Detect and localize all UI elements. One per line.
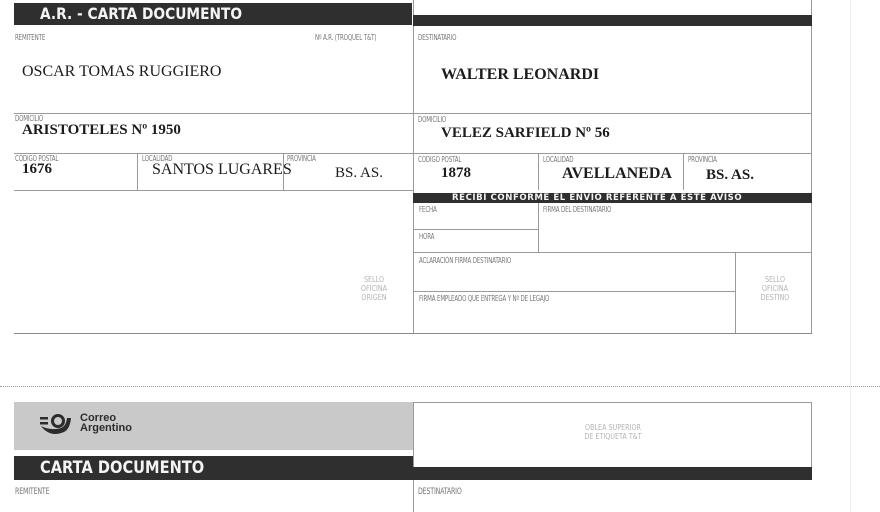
recipient-postal-code[interactable]: 1878 xyxy=(441,165,471,182)
page-edge xyxy=(850,0,851,512)
stamp-line: OFICINA xyxy=(350,284,398,293)
recipient-bar xyxy=(413,15,812,26)
stamp-line: OFICINA xyxy=(751,284,799,293)
rule xyxy=(413,229,538,230)
recipient-province[interactable]: BS. AS. xyxy=(706,167,754,184)
label-sticker-text: OBLEA SUPERIOR DE ETIQUETA T&T xyxy=(573,423,653,441)
sender-locality[interactable]: SANTOS LUGARES xyxy=(152,161,292,179)
rule xyxy=(14,190,413,191)
signature-field[interactable] xyxy=(540,213,810,251)
ar-number-label: Nº A.R. (Troquel T&T) xyxy=(315,33,376,42)
rule xyxy=(683,153,684,190)
stamp-destination: SELLO OFICINA DESTINO xyxy=(751,275,799,302)
right-border xyxy=(811,0,812,334)
correo-argentino-logo-icon xyxy=(38,412,78,438)
time-field[interactable] xyxy=(414,239,537,251)
employee-signature-field[interactable] xyxy=(414,302,734,333)
recipient-locality[interactable]: AVELLANEDA xyxy=(562,165,672,183)
center-divider xyxy=(413,480,414,512)
sticker-line: DE ETIQUETA T&T xyxy=(573,432,653,441)
rule xyxy=(538,153,539,190)
rule xyxy=(735,252,736,334)
carta-sender-label: REMITENTE xyxy=(15,487,49,497)
sender-province[interactable]: BS. AS. xyxy=(335,165,383,182)
rule xyxy=(14,153,812,154)
rule xyxy=(137,153,138,190)
logo-line-2: Argentino xyxy=(80,423,132,433)
stamp-line: ORIGEN xyxy=(350,293,398,302)
receipt-banner: RECIBI CONFORME EL ENVIO REFERENTE A EST… xyxy=(452,193,742,203)
logo-text: Correo Argentino xyxy=(80,413,132,433)
ar-form-title: A.R. - CARTA DOCUMENTO xyxy=(40,4,242,23)
recipient-name[interactable]: WALTER LEONARDI xyxy=(441,66,599,84)
stamp-origin: SELLO OFICINA ORIGEN xyxy=(350,275,398,302)
clarification-field[interactable] xyxy=(414,264,734,290)
rule xyxy=(538,203,539,252)
carta-form-title: CARTA DOCUMENTO xyxy=(40,458,204,478)
recipient-province-label: PROVINCIA xyxy=(688,155,717,164)
sender-province-label: PROVINCIA xyxy=(287,154,316,163)
rule xyxy=(413,252,812,253)
sender-address[interactable]: ARISTOTELES Nº 1950 xyxy=(22,122,181,139)
recipient-locality-label: LOCALIDAD xyxy=(543,155,573,164)
recipient-address-label: DOMICILIO xyxy=(418,115,446,124)
stamp-line: SELLO xyxy=(751,275,799,284)
sender-label: REMITENTE xyxy=(15,33,45,42)
sender-name[interactable]: OSCAR TOMAS RUGGIERO xyxy=(22,63,221,81)
rule xyxy=(14,113,812,114)
recipient-address[interactable]: VELEZ SARFIELD Nº 56 xyxy=(441,125,610,142)
sticker-line: OBLEA SUPERIOR xyxy=(573,423,653,432)
rule xyxy=(413,291,735,292)
carta-recipient-bar xyxy=(413,467,812,480)
perforation-line xyxy=(0,386,880,387)
rule xyxy=(14,333,812,334)
date-field[interactable] xyxy=(414,213,537,228)
recipient-postal-label: CÓDIGO POSTAL xyxy=(418,155,461,164)
stamp-line: SELLO xyxy=(350,275,398,284)
sender-postal-code[interactable]: 1676 xyxy=(22,161,52,178)
stamp-line: DESTINO xyxy=(751,293,799,302)
carta-recipient-label: DESTINATARIO xyxy=(418,487,462,497)
recipient-label: DESTINATARIO xyxy=(418,33,456,42)
